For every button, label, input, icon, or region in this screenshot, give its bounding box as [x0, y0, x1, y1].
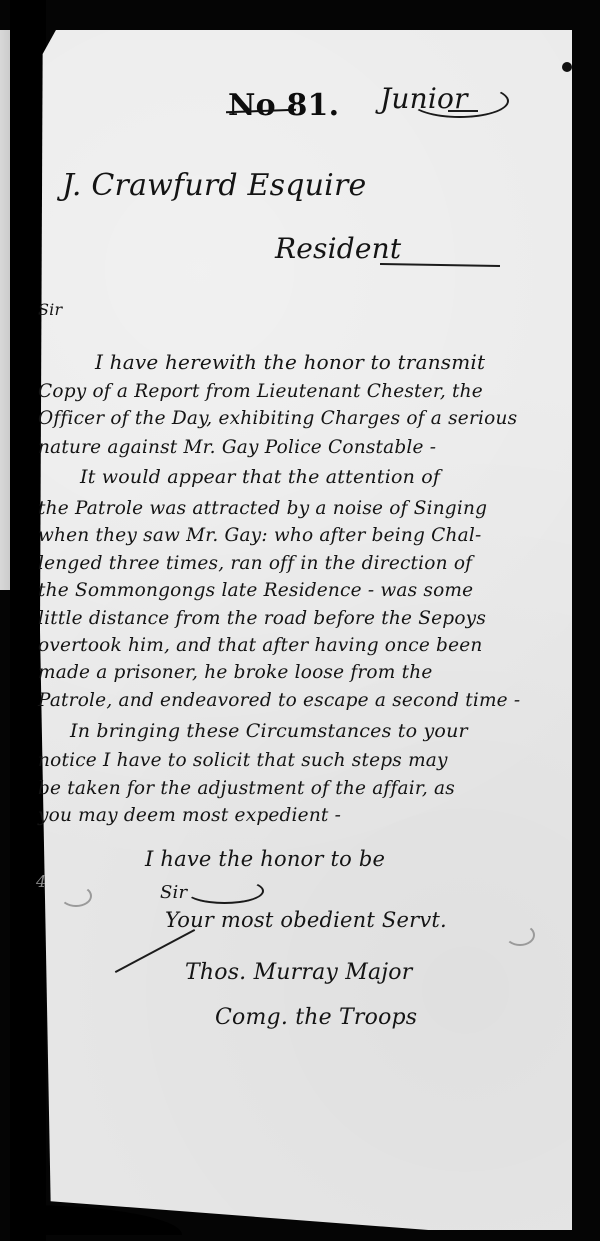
body-line: Copy of a Report from Lieutenant Chester… [38, 381, 483, 402]
body-line: be taken for the adjustment of the affai… [38, 778, 455, 799]
body-line: Patrole, and endeavored to escape a seco… [38, 690, 520, 711]
margin-flourish-right [505, 924, 535, 946]
signature-title: Comg. the Troops [215, 1005, 417, 1030]
body-line: Officer of the Day, exhibiting Charges o… [38, 408, 517, 429]
signature-name: Thos. Murray Major [185, 960, 412, 985]
margin-flourish [60, 885, 92, 907]
closing-flourish [185, 878, 264, 904]
body-line: lenged three times, ran off in the direc… [38, 553, 472, 574]
body-line: you may deem most expedient - [38, 805, 341, 826]
closing-line-3: Your most obedient Servt. [165, 908, 447, 932]
body-line: I have herewith the honor to transmit [95, 350, 485, 374]
body-line: In bringing these Circumstances to your [70, 720, 468, 742]
letter-page [40, 30, 572, 1230]
closing-line-2: Sir [160, 882, 187, 903]
body-line: the Sommongongs late Residence - was som… [38, 580, 473, 601]
body-line: little distance from the road before the… [38, 608, 486, 629]
body-line: overtook him, and that after having once… [38, 635, 483, 656]
body-line: nature against Mr. Gay Police Constable … [38, 437, 436, 458]
body-line: notice I have to solicit that such steps… [38, 750, 448, 771]
margin-mark: 4 [36, 872, 46, 891]
body-line: when they saw Mr. Gay: who after being C… [38, 525, 481, 546]
body-line: the Patrole was attracted by a noise of … [38, 498, 487, 519]
document-number: No 81. [228, 88, 339, 123]
header-flourish [410, 84, 509, 118]
addressee-name: J. Crawfurd Esquire [62, 168, 366, 203]
header-underline [448, 110, 478, 112]
ink-blot [562, 62, 572, 72]
body-line: It would appear that the attention of [80, 466, 440, 488]
addressee-title: Resident [275, 232, 401, 265]
salutation: Sir [38, 300, 62, 319]
body-line: made a prisoner, he broke loose from the [38, 662, 433, 683]
closing-line-1: I have the honor to be [145, 847, 385, 871]
